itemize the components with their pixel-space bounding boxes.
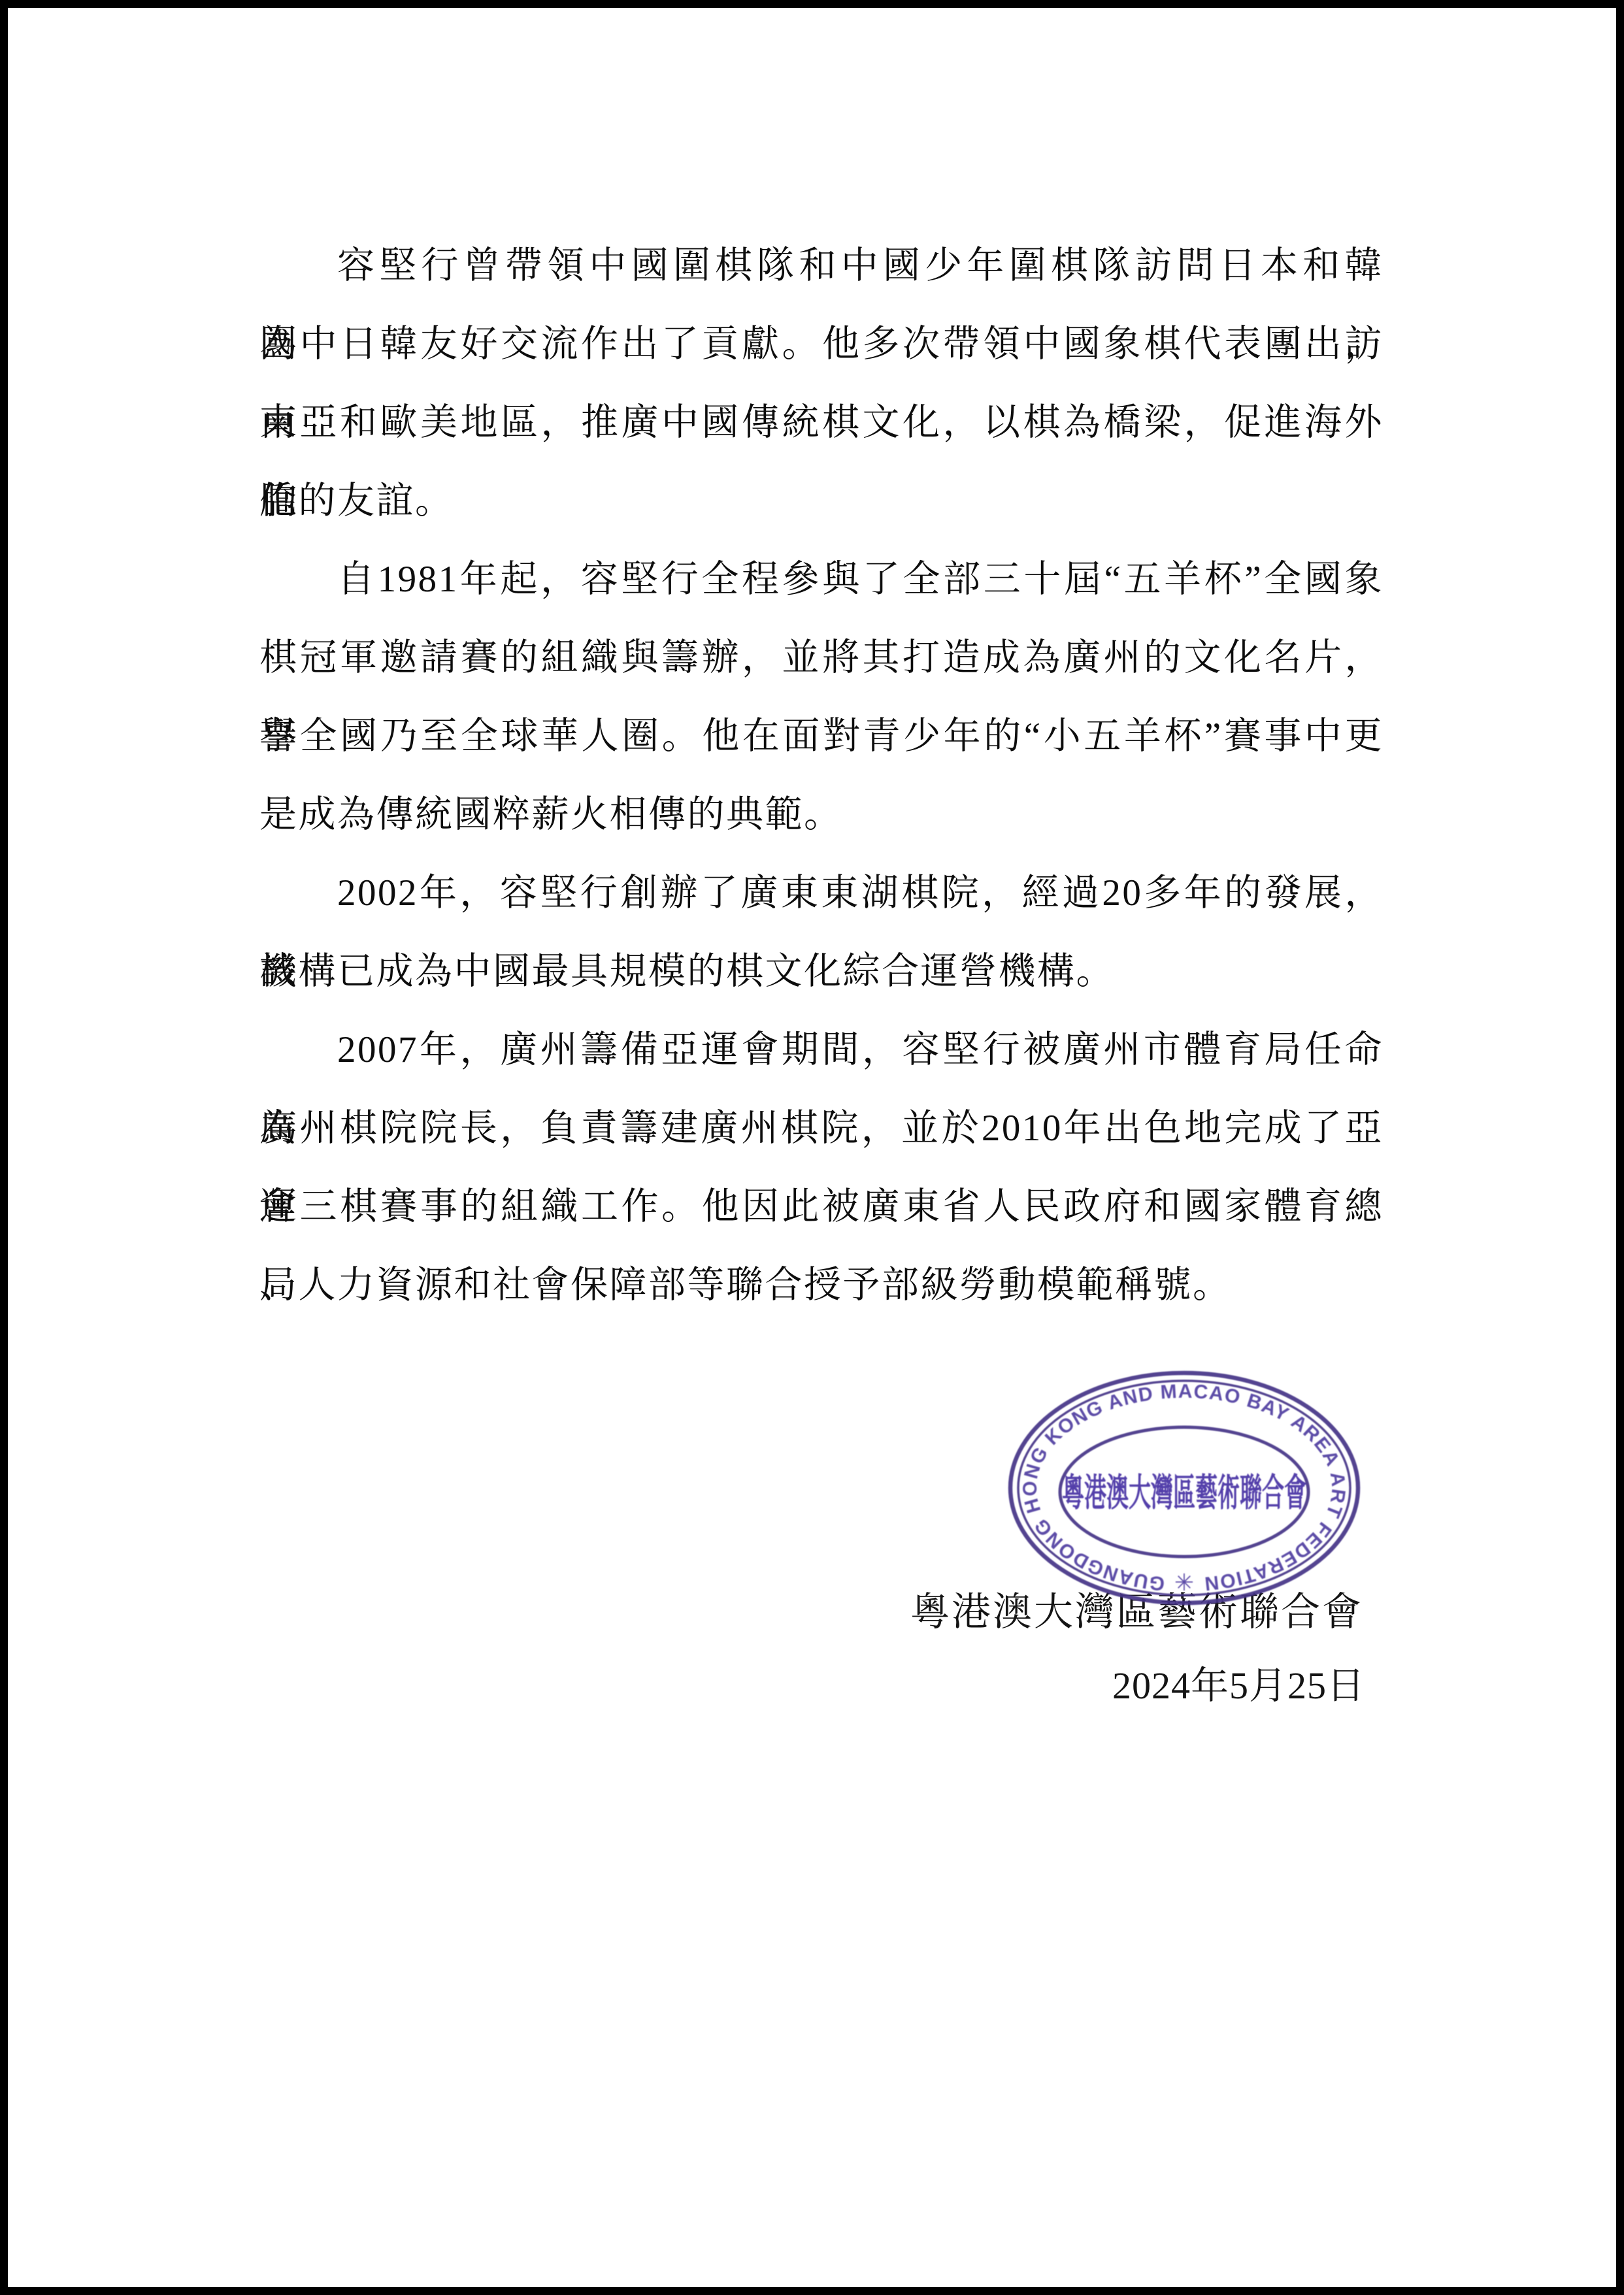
text-line-4: 胞的友誼。 xyxy=(259,462,1384,540)
text-line-13: 會三棋賽事的組織工作。他因此被廣東省人民政府和國家體育總局 xyxy=(259,1168,1384,1246)
text-line-12: 廣州棋院院長，負責籌建廣州棋院，並於2010年出色地完成了亞運 xyxy=(259,1089,1384,1168)
text-line-14: 、人力資源和社會保障部等聯合授予部級勞動模範稱號。 xyxy=(259,1246,1384,1325)
text-line-5: 自1981年起，容堅行全程參與了全部三十屆“五羊杯”全國象 xyxy=(259,540,1384,619)
text-line-11: 2007年，廣州籌備亞運會期間，容堅行被廣州市體育局任命為 xyxy=(259,1011,1384,1089)
text-line-7: 譽全國乃至全球華人圈。他在面對青少年的“小五羊杯”賽事中更 xyxy=(259,697,1384,776)
date-line: 2024年5月25日 xyxy=(1112,1647,1365,1725)
text-line-8: 是成為傳統國粹薪火相傳的典範。 xyxy=(259,776,1384,854)
text-line-10: 機構已成為中國最具規模的棋文化綜合運營機構。 xyxy=(259,933,1384,1011)
stamp-bottom-star-icon: ✳ xyxy=(1174,1569,1194,1596)
letter-body: 容堅行曾帶領中國圍棋隊和中國少年圍棋隊訪問日本和韓國，為中日韓友好交流作出了貢獻… xyxy=(259,227,1384,1325)
text-line-6: 棋冠軍邀請賽的組織與籌辦，並將其打造成為廣州的文化名片，享 xyxy=(259,619,1384,697)
text-line-3: 南亞和歐美地區，推廣中國傳統棋文化，以棋為橋梁，促進海外僑 xyxy=(259,384,1384,462)
text-line-1: 容堅行曾帶領中國圍棋隊和中國少年圍棋隊訪問日本和韓國， xyxy=(259,227,1384,305)
organization-stamp-seal: GUANGDONG HONG KONG AND MACAO BAY AREA A… xyxy=(1001,1364,1367,1612)
text-line-2: 為中日韓友好交流作出了貢獻。他多次帶領中國象棋代表團出訪東 xyxy=(259,305,1384,384)
text-line-9: 2002年，容堅行創辦了廣東東湖棋院，經過20多年的發展，該 xyxy=(259,854,1384,933)
letter-page: 容堅行曾帶領中國圍棋隊和中國少年圍棋隊訪問日本和韓國，為中日韓友好交流作出了貢獻… xyxy=(0,0,1624,2295)
stamp-center-text: 粵港澳大灣區藝術聯合會 xyxy=(1062,1472,1306,1514)
